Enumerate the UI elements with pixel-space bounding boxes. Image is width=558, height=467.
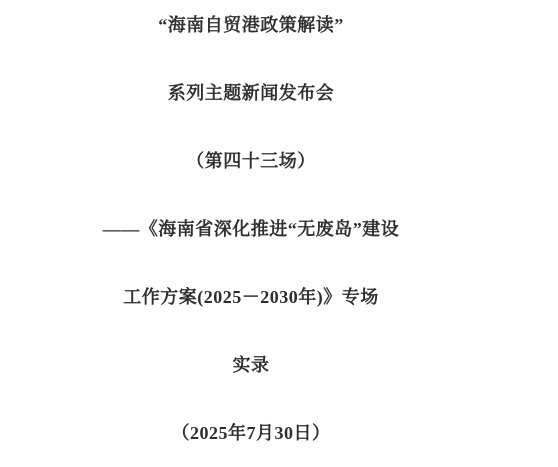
document-page: { "page": { "background_color": "#ffffff… xyxy=(0,0,558,467)
topic-title-line-1: ——《海南省深化推进“无废岛”建设 xyxy=(0,194,502,262)
topic-title-line-2: 工作方案(2025－2030年)》专场 xyxy=(0,262,502,330)
session-number-line: （第四十三场） xyxy=(0,126,502,194)
series-title-line: “海南自贸港政策解读” xyxy=(0,0,502,58)
date-line: （2025年7月30日） xyxy=(0,398,502,466)
transcript-label: 实录 xyxy=(0,330,502,398)
press-conference-title-block: “海南自贸港政策解读” 系列主题新闻发布会 （第四十三场） ——《海南省深化推进… xyxy=(0,0,502,466)
press-conference-series-line: 系列主题新闻发布会 xyxy=(0,58,502,126)
